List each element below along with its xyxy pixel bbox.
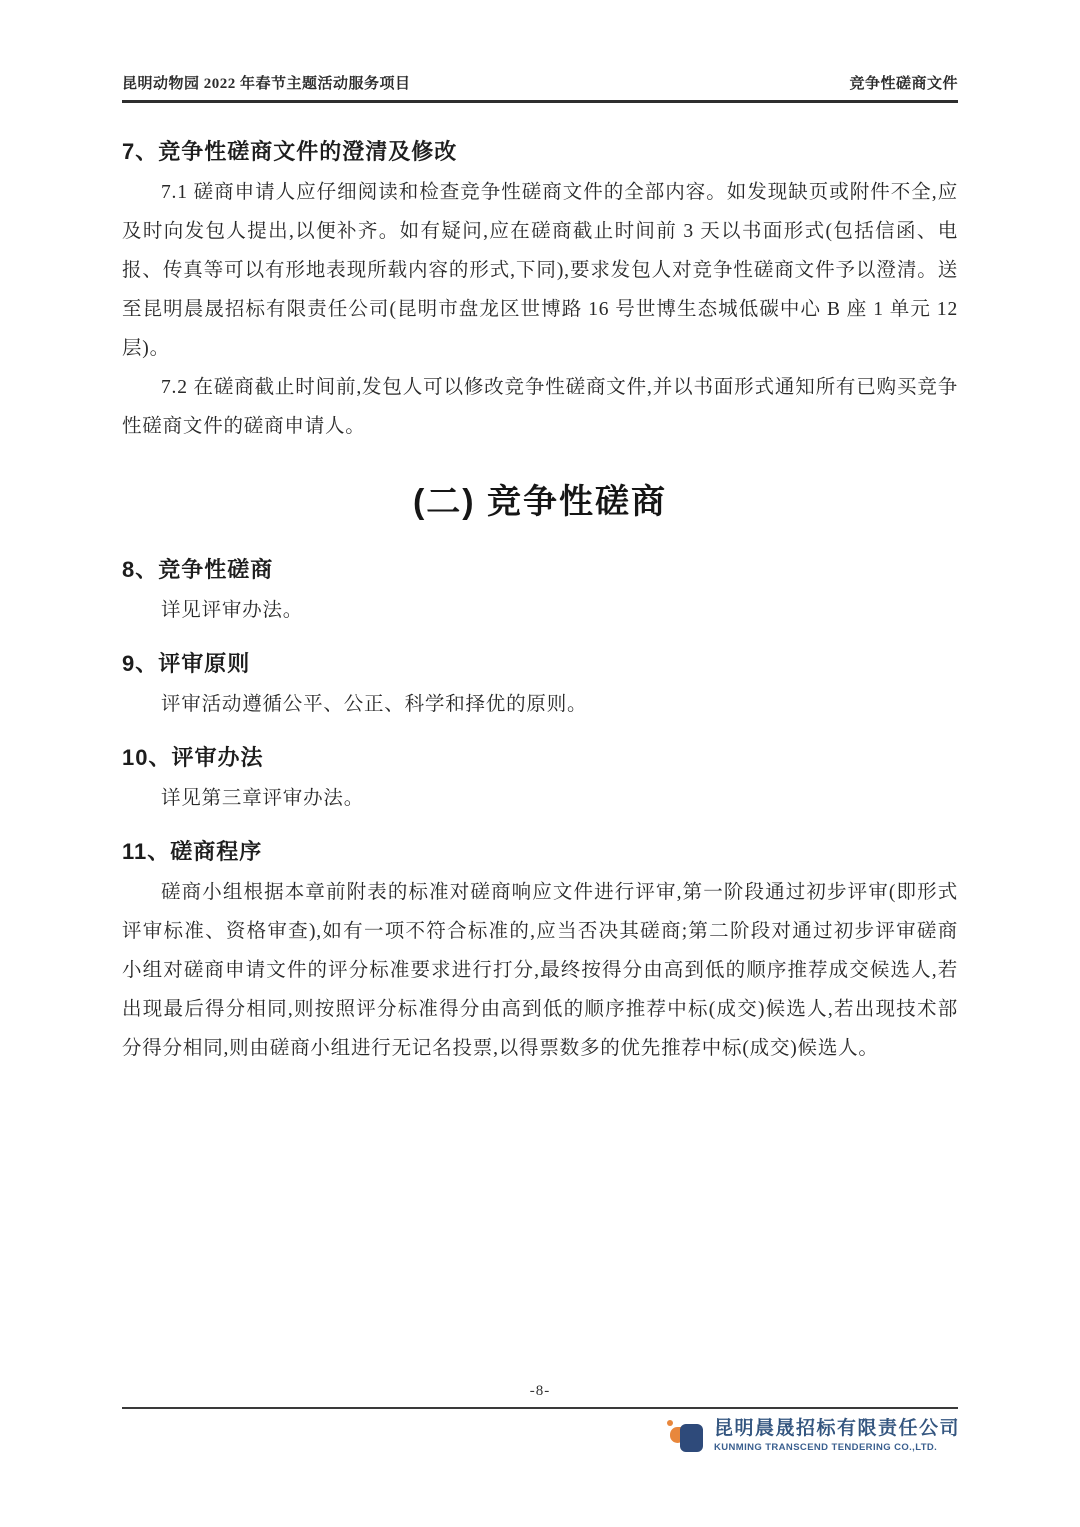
section-10-heading: 10、评审办法 xyxy=(122,741,958,772)
header-project-title: 昆明动物园 2022 年春节主题活动服务项目 xyxy=(122,72,411,93)
page-header: 昆明动物园 2022 年春节主题活动服务项目 竞争性磋商文件 xyxy=(122,72,958,103)
footer-divider xyxy=(122,1407,958,1409)
company-logo: 昆明晨晟招标有限责任公司 KUNMING TRANSCEND TENDERING… xyxy=(667,1417,960,1463)
paragraph-10-1: 详见第三章评审办法。 xyxy=(122,779,958,818)
paragraph-8-1: 详见评审办法。 xyxy=(122,591,958,630)
company-logo-icon xyxy=(667,1417,705,1463)
header-doc-type: 竞争性磋商文件 xyxy=(849,72,958,93)
company-name-en: KUNMING TRANSCEND TENDERING CO.,LTD. xyxy=(714,1441,960,1454)
chapter-heading: (二) 竞争性磋商 xyxy=(122,474,958,523)
section-7-heading: 7、竞争性磋商文件的澄清及修改 xyxy=(122,135,958,166)
company-logo-text: 昆明晨晟招标有限责任公司 KUNMING TRANSCEND TENDERING… xyxy=(714,1417,960,1454)
paragraph-7-2: 7.2 在磋商截止时间前,发包人可以修改竞争性磋商文件,并以书面形式通知所有已购… xyxy=(122,368,958,446)
section-11-heading: 11、磋商程序 xyxy=(122,835,958,866)
document-page: 昆明动物园 2022 年春节主题活动服务项目 竞争性磋商文件 7、竞争性磋商文件… xyxy=(0,0,1080,1527)
section-9-heading: 9、评审原则 xyxy=(122,647,958,678)
page-number: -8- xyxy=(0,1383,1080,1400)
logo-blue-tile-shape xyxy=(680,1424,703,1452)
logo-dot-shape xyxy=(667,1420,673,1426)
document-body: 7、竞争性磋商文件的澄清及修改 7.1 磋商申请人应仔细阅读和检查竞争性磋商文件… xyxy=(122,118,958,1068)
section-8-heading: 8、竞争性磋商 xyxy=(122,553,958,584)
company-name-cn: 昆明晨晟招标有限责任公司 xyxy=(714,1417,960,1441)
paragraph-7-1: 7.1 磋商申请人应仔细阅读和检查竞争性磋商文件的全部内容。如发现缺页或附件不全… xyxy=(122,173,958,368)
paragraph-11-1: 磋商小组根据本章前附表的标准对磋商响应文件进行评审,第一阶段通过初步评审(即形式… xyxy=(122,873,958,1068)
paragraph-9-1: 评审活动遵循公平、公正、科学和择优的原则。 xyxy=(122,685,958,724)
